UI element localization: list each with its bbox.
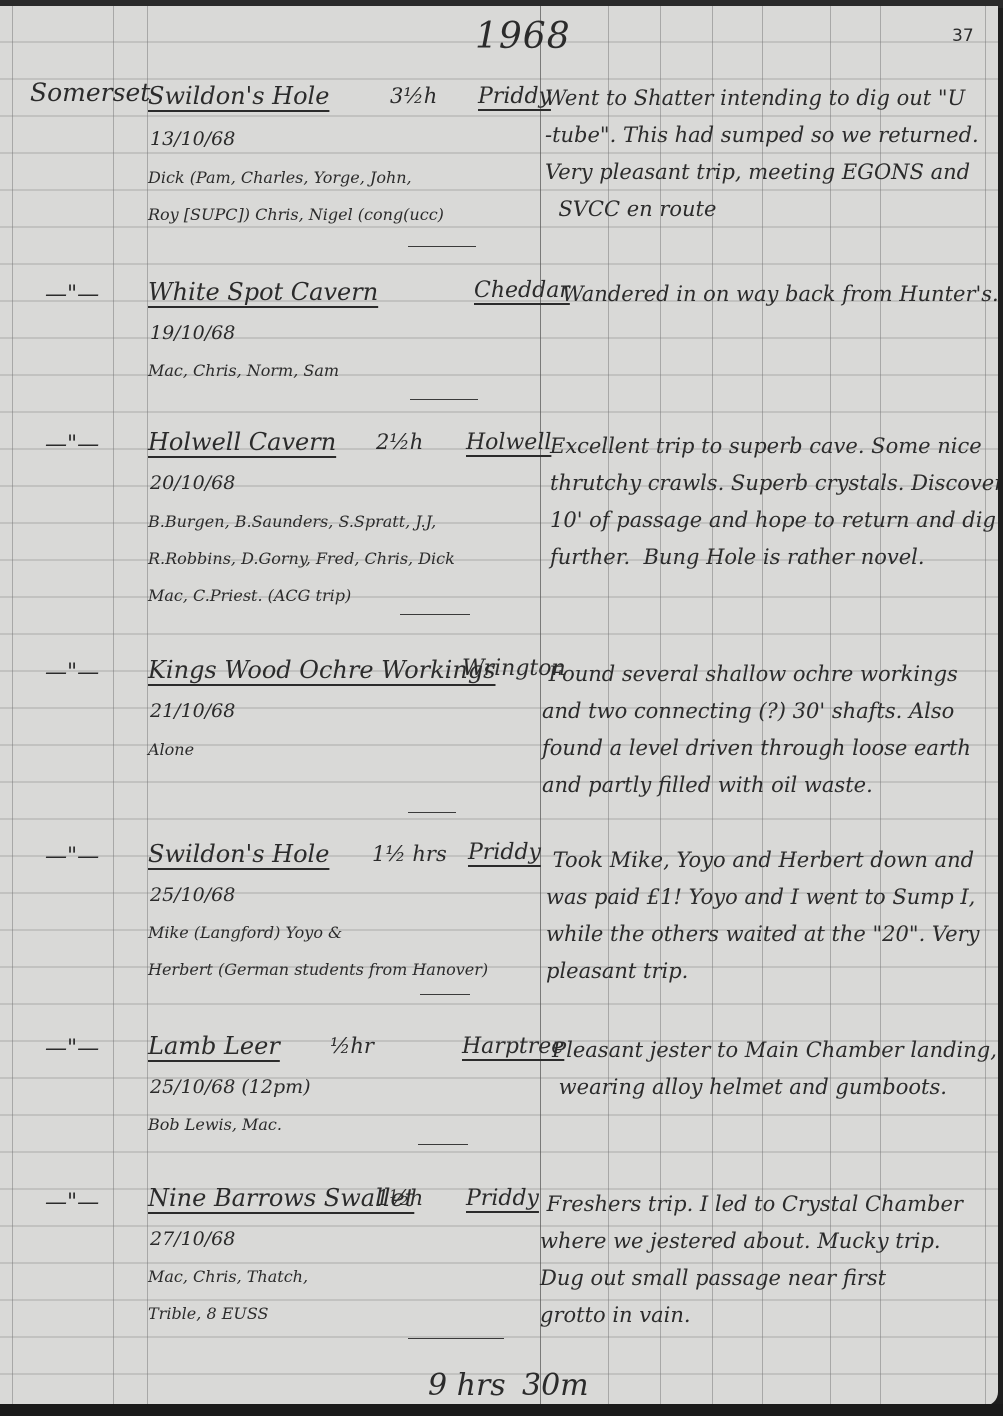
trip-location: Cheddar [474, 278, 570, 303]
entry-separator [408, 812, 456, 813]
trip-party: Mike (Langford) Yoyo & Herbert (German s… [148, 914, 488, 988]
trip-date: 20/10/68 [150, 472, 235, 494]
trip-duration: 1½h [376, 1186, 423, 1210]
region-label: Somerset [30, 78, 150, 107]
trip-notes: Went to Shatter intending to dig out "U … [545, 80, 979, 228]
trip-location: Holwell [466, 430, 551, 455]
trip-duration: 2½h [376, 430, 423, 454]
ditto-mark: —"— [45, 660, 99, 685]
column-rule [113, 6, 114, 1406]
page-year: 1968 [475, 16, 571, 57]
cave-name: Swildon's Hole [148, 840, 329, 868]
trip-party: Dick (Pam, Charles, Yorge, John, Roy [SU… [148, 159, 444, 233]
trip-date: 27/10/68 [150, 1228, 235, 1250]
trip-location: Priddy [468, 840, 541, 865]
logbook-page: 1968 37 Somerset Swildon's Hole 3½h Prid… [0, 6, 998, 1406]
trip-date: 25/10/68 (12pm) [150, 1076, 311, 1098]
trip-notes: Wandered in on way back from Hunter's. [562, 276, 998, 313]
trip-party: Mac, Chris, Thatch, Trible, 8 EUSS [148, 1258, 308, 1332]
entry-separator [410, 399, 478, 400]
trip-duration: 1½ hrs [372, 842, 447, 866]
cave-name: White Spot Cavern [148, 278, 378, 306]
page-number: 37 [952, 26, 974, 46]
trip-duration: ½hr [330, 1034, 374, 1058]
trip-date: 19/10/68 [150, 322, 235, 344]
trip-date: 21/10/68 [150, 700, 235, 722]
trip-notes: Freshers trip. I led to Crystal Chamber … [540, 1186, 963, 1334]
ditto-mark: —"— [45, 282, 99, 307]
trip-notes: Took Mike, Yoyo and Herbert down and was… [546, 842, 979, 990]
entry-separator [420, 994, 470, 995]
cave-name: Lamb Leer [148, 1032, 280, 1060]
trip-party: B.Burgen, B.Saunders, S.Spratt, J.J, R.R… [148, 503, 455, 614]
trip-notes: Excellent trip to superb cave. Some nice… [550, 428, 998, 576]
entry-separator [418, 1144, 468, 1145]
trip-party: Alone [148, 731, 194, 768]
trip-location: Harptree [462, 1034, 564, 1059]
column-rule [985, 6, 986, 1406]
page-bottom-edge [0, 1404, 1003, 1416]
trip-party: Bob Lewis, Mac. [148, 1106, 282, 1143]
trip-party: Mac, Chris, Norm, Sam [148, 352, 339, 389]
entry-separator [408, 1338, 504, 1339]
ditto-mark: —"— [45, 844, 99, 869]
ditto-mark: —"— [45, 1036, 99, 1061]
cave-name: Kings Wood Ochre Workings [148, 656, 496, 684]
ditto-mark: —"— [45, 432, 99, 457]
trip-duration: 3½h [390, 84, 437, 108]
trip-location: Priddy [478, 84, 551, 109]
trip-notes: Found several shallow ochre workings and… [542, 656, 971, 804]
trip-notes: Pleasant jester to Main Chamber landing,… [552, 1032, 997, 1106]
ditto-mark: —"— [45, 1190, 99, 1215]
cave-name: Swildon's Hole [148, 82, 329, 110]
total-hours: 9 hrs [428, 1368, 506, 1403]
entry-separator [408, 246, 476, 247]
trip-location: Priddy [466, 1186, 539, 1211]
trip-date: 25/10/68 [150, 884, 235, 906]
margin-rule [12, 6, 13, 1406]
cave-name: Holwell Cavern [148, 428, 336, 456]
entry-separator [400, 614, 470, 615]
cave-name: Nine Barrows Swallet [148, 1184, 414, 1212]
total-minutes: 30m [522, 1368, 589, 1403]
trip-date: 13/10/68 [150, 128, 235, 150]
